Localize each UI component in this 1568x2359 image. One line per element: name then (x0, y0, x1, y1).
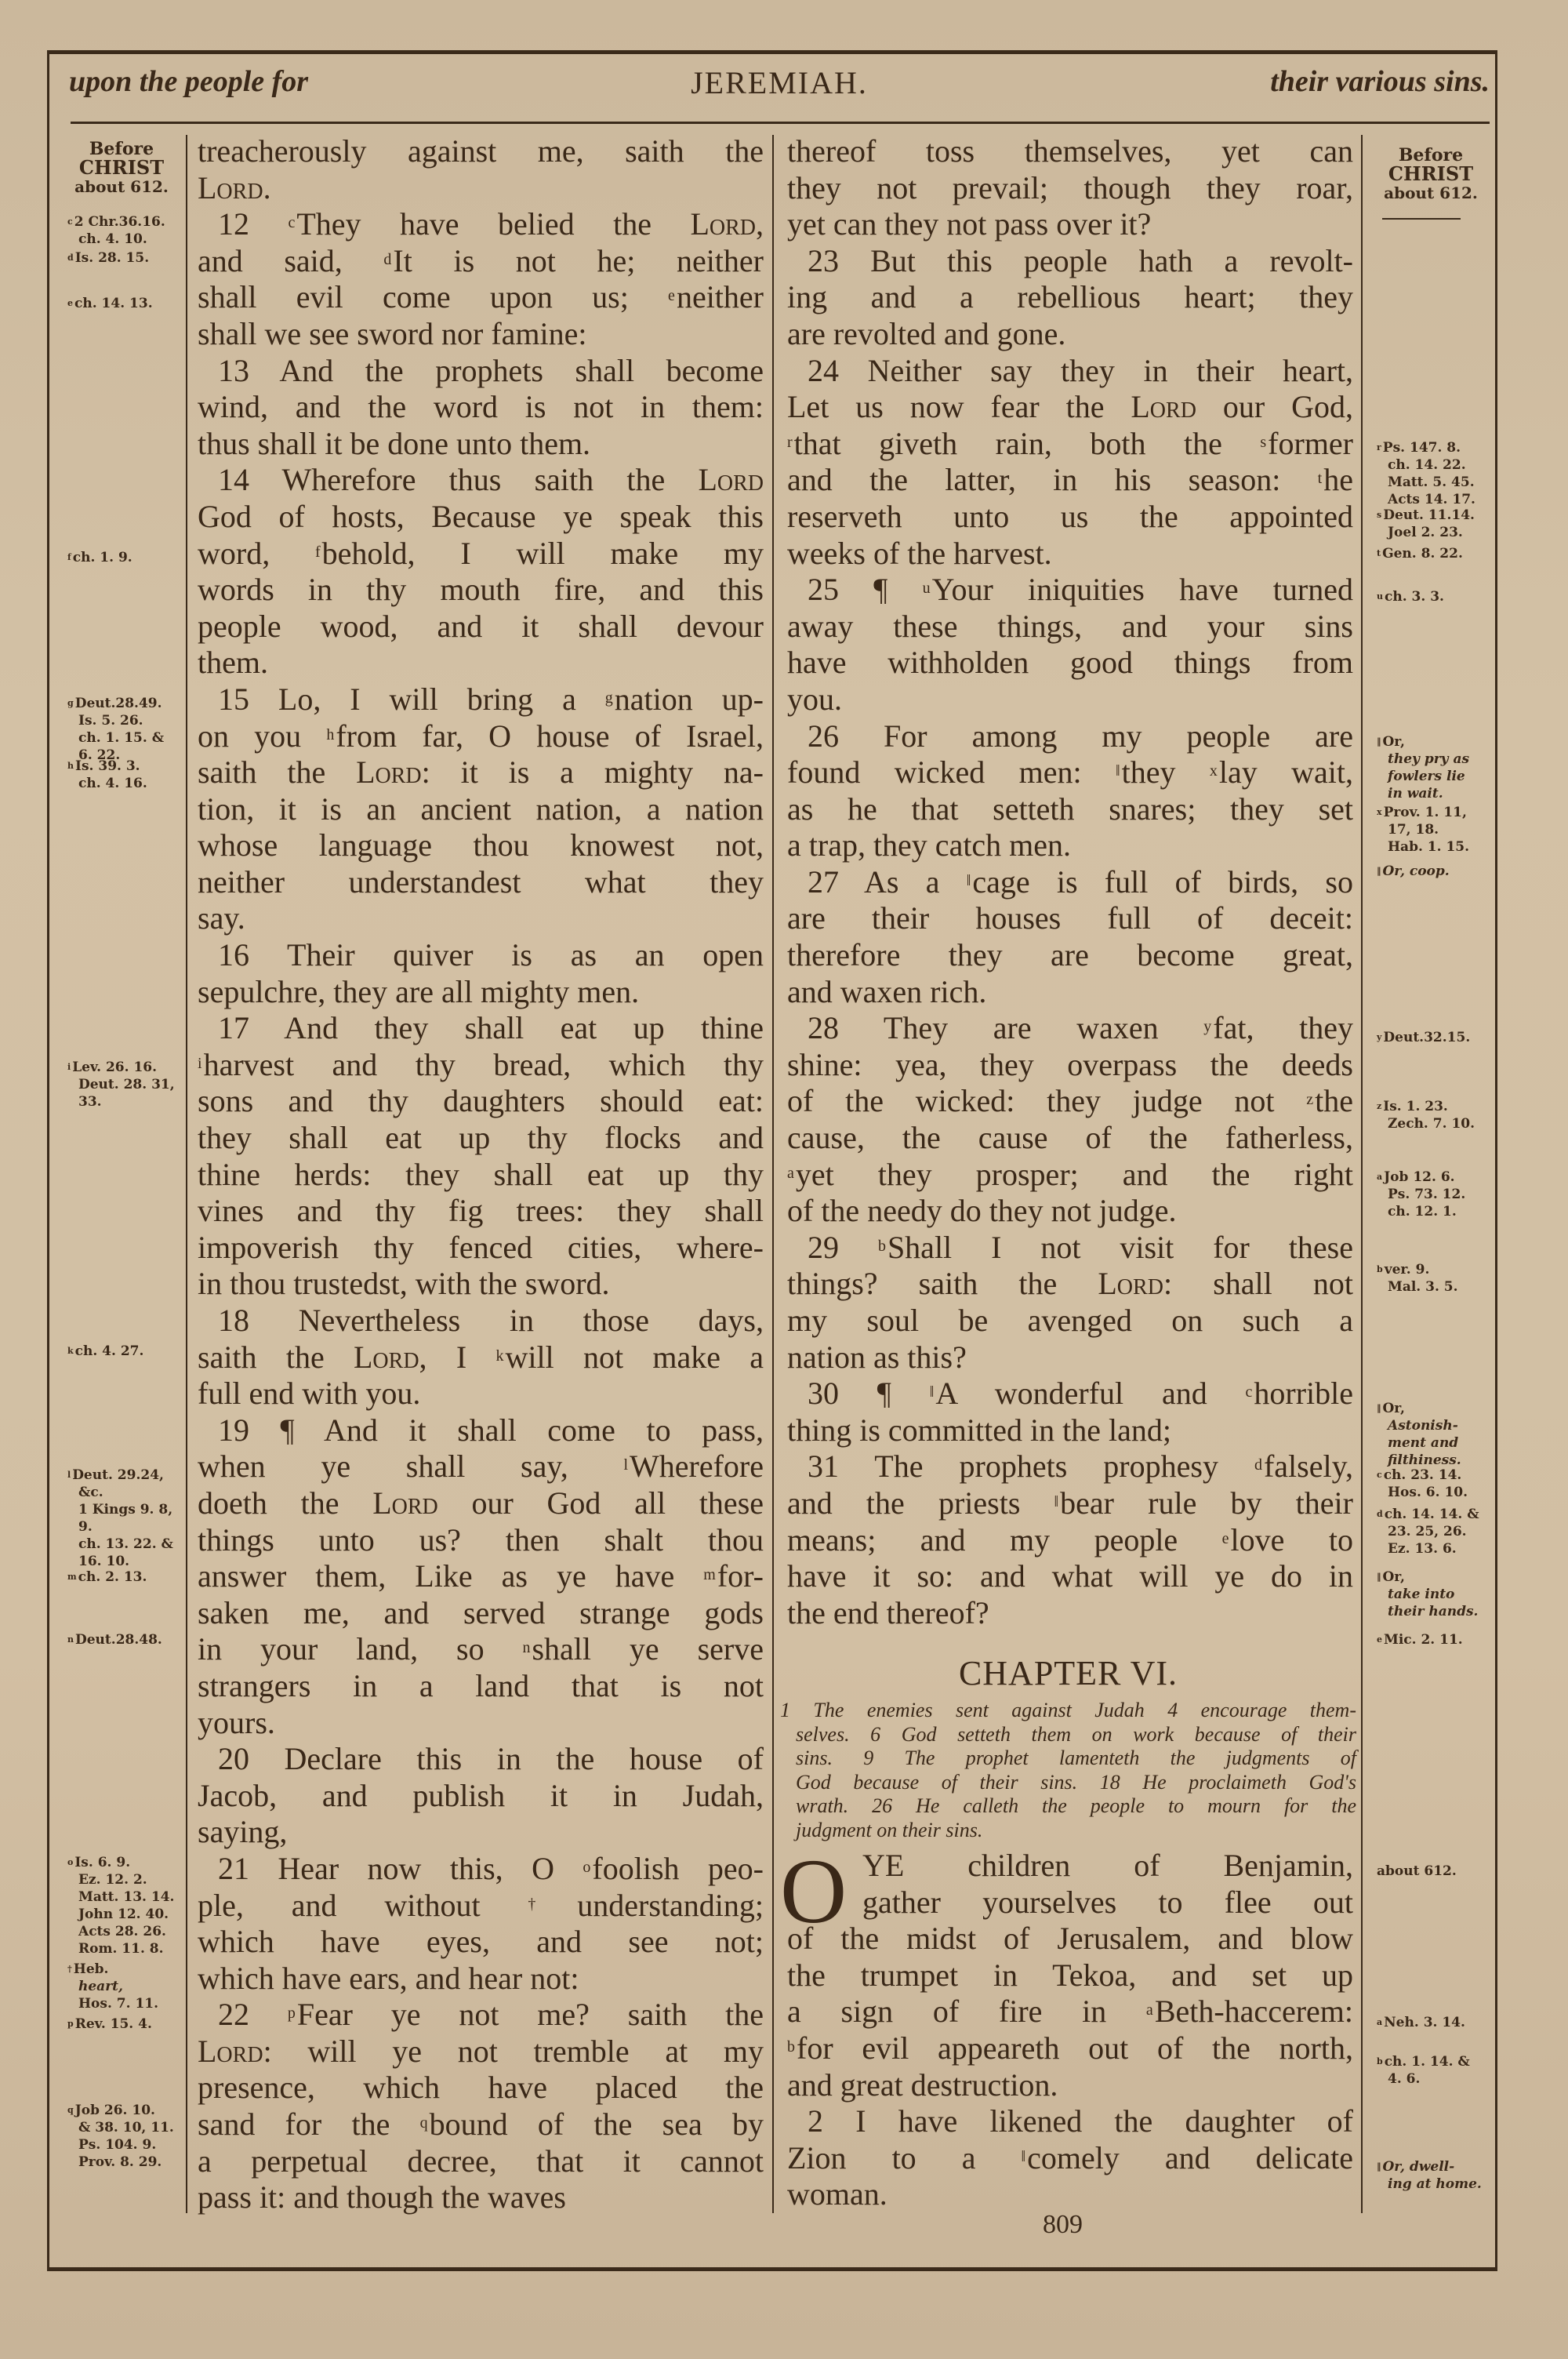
margin-reference: eMic. 2. 11. (1377, 1631, 1494, 1648)
text-line: in your land, so nshall ye serve (198, 1631, 764, 1668)
text-line: which have eyes, and see not; (198, 1924, 764, 1961)
text-line: shine: yea, they overpass the deeds (787, 1047, 1353, 1084)
reference-mark: c (1377, 1470, 1382, 1480)
cross-reference-mark: u (923, 580, 931, 597)
margin-reference: lDeut. 29.24,&c.1 Kings 9. 8,9.ch. 13. 2… (67, 1467, 185, 1570)
cross-reference-mark: d (383, 251, 391, 268)
text-line: ple, and without †understanding; (198, 1888, 764, 1925)
text-line: God of hosts, Because ye speak this (198, 499, 764, 536)
cross-reference-mark: a (787, 1165, 794, 1182)
reference-mark: ‖ (1377, 736, 1381, 747)
text-line: are revolted and gone. (787, 316, 1353, 353)
text-line: rthat giveth rain, both the sformer (787, 426, 1353, 463)
text-line: shall evil come upon us; eneither (198, 279, 764, 316)
cross-reference-mark: ‖ (1021, 2148, 1025, 2165)
text-line: word, fbehold, I will make my (198, 536, 764, 572)
margin-reference: c2 Chr.36.16.ch. 4. 10. (67, 213, 185, 248)
reference-mark: s (1377, 510, 1381, 520)
text-line: shall we see sword nor famine: (198, 316, 764, 353)
divine-name: Lord (1098, 1266, 1163, 1301)
text-line: and waxen rich. (787, 974, 1353, 1011)
reference-mark: p (67, 2019, 74, 2029)
reference-mark: x (1377, 807, 1382, 817)
text-line: and said, dIt is not he; neither (198, 243, 764, 280)
text-line: 27 As a ‖cage is full of birds, so (787, 864, 1353, 901)
divine-name: Lord (356, 754, 422, 790)
chapter-verse-2: 2 I have likened the daughter ofZion to … (787, 2103, 1353, 2213)
cross-reference-mark: ‖ (1116, 762, 1120, 780)
text-line: 13 And the prophets shall become (198, 353, 764, 390)
running-header: upon the people for JEREMIAH. their vari… (69, 64, 1490, 111)
cross-reference-mark: ‖ (1054, 1493, 1059, 1510)
cross-reference-mark: f (315, 543, 321, 561)
text-line: 30 ¶ ‖A wonderful and chorrible (787, 1376, 1353, 1412)
cross-reference-mark: h (326, 726, 334, 743)
margin-reference: gDeut.28.49.Is. 5. 26.ch. 1. 15. &6. 22. (67, 695, 185, 764)
text-line: therefore they are become great, (787, 937, 1353, 974)
margin-reference: bver. 9.Mal. 3. 5. (1377, 1261, 1494, 1296)
cross-reference-mark: n (522, 1639, 530, 1656)
text-line: 16 Their quiver is as an open (198, 937, 764, 974)
cross-reference-mark: l (623, 1456, 628, 1474)
text-line: a perpetual decree, that it cannot (198, 2143, 764, 2180)
text-line: Lord: will ye not tremble at my (198, 2034, 764, 2070)
text-line: Zion to a ‖comely and delicate (787, 2140, 1353, 2177)
margin-reference: oIs. 6. 9.Ez. 12. 2.Matt. 13. 14.John 12… (67, 1854, 185, 1957)
margin-reference: zIs. 1. 23.Zech. 7. 10. (1377, 1098, 1494, 1132)
text-line: are their houses full of deceit: (787, 900, 1353, 937)
text-line: of the needy do they not judge. (787, 1193, 1353, 1230)
text-line: pass it: and though the waves (198, 2179, 764, 2216)
reference-mark: l (67, 1470, 71, 1480)
margin-reference: about 612. (1377, 1863, 1494, 1880)
text-line: a sign of fire in aBeth-haccerem: (787, 1994, 1353, 2030)
cross-reference-mark: z (1306, 1091, 1313, 1108)
cross-reference-mark: c (1245, 1383, 1252, 1401)
summary-line: 1 The enemies sent against Judah 4 encou… (780, 1699, 1356, 1723)
reference-mark: g (67, 698, 74, 708)
text-line: 31 The prophets prophesy dfalsely, (787, 1448, 1353, 1485)
text-line: Let us now fear the Lord our God, (787, 389, 1353, 426)
text-line: have it so: and what will ye do in (787, 1558, 1353, 1595)
page-number: 809 (1043, 2210, 1083, 2240)
center-column-divider (772, 135, 774, 2213)
divine-name: Lord (372, 1485, 438, 1521)
margin-reference: aJob 12. 6.Ps. 73. 12.ch. 12. 1. (1377, 1169, 1494, 1220)
reference-mark: u (1377, 591, 1383, 602)
text-line: strangers in a land that is not (198, 1668, 764, 1705)
text-line: and the latter, in his season: the (787, 462, 1353, 499)
text-line: Jacob, and publish it in Judah, (198, 1778, 764, 1815)
margin-reference: cch. 23. 14.Hos. 6. 10. (1377, 1467, 1494, 1501)
margin-reference: aNeh. 3. 14. (1377, 2014, 1494, 2031)
text-line: people wood, and it shall devour (198, 609, 764, 645)
margin-reference: rPs. 147. 8.ch. 14. 22.Matt. 5. 45.Acts … (1377, 439, 1494, 508)
text-line: impoverish thy fenced cities, where- (198, 1230, 764, 1267)
text-line: doeth the Lord our God all these (198, 1485, 764, 1522)
text-line: ing and a rebellious heart; they (787, 279, 1353, 316)
text-line: away these things, and your sins (787, 609, 1353, 645)
text-line: 23 But this people hath a revolt- (787, 243, 1353, 280)
text-line: 17 And they shall eat up thine (198, 1010, 764, 1047)
text-line: 2 I have likened the daughter of (787, 2103, 1353, 2140)
chapter-summary: 1 The enemies sent against Judah 4 encou… (780, 1699, 1356, 1842)
text-line: 19 ¶ And it shall come to pass, (198, 1412, 764, 1449)
reference-mark: y (1377, 1032, 1381, 1042)
text-line: you. (787, 682, 1353, 718)
text-line: thereof toss themselves, yet can (787, 133, 1353, 170)
margin-reference: ‖Or,take intotheir hands. (1377, 1568, 1494, 1620)
reference-mark: r (1377, 442, 1381, 453)
text-line: vines and thy fig trees: they shall (198, 1193, 764, 1230)
text-line: gather yourselves to flee out (787, 1885, 1353, 1921)
reference-mark: f (67, 552, 71, 562)
margin-reference: ‖Or, coop. (1377, 863, 1494, 880)
text-line: weeks of the harvest. (787, 536, 1353, 572)
margin-reference: ‖Or,they pry asfowlers liein wait. (1377, 733, 1494, 802)
text-line: 29 bShall I not visit for these (787, 1230, 1353, 1267)
summary-line: selves. 6 God setteth them on work becau… (780, 1723, 1356, 1747)
reference-mark: d (1377, 1509, 1383, 1519)
text-line: presence, which have placed the (198, 2070, 764, 2106)
reference-mark: i (67, 1062, 71, 1072)
text-line: cause, the cause of the fatherless, (787, 1120, 1353, 1157)
divine-name: Lord (198, 170, 263, 205)
text-line: neither understandest what they (198, 864, 764, 901)
margin-reference: mch. 2. 13. (67, 1568, 185, 1586)
reference-mark: n (67, 1634, 74, 1645)
text-line: saith the Lord: it is a mighty na- (198, 754, 764, 791)
margin-reference: dIs. 28. 15. (67, 249, 185, 267)
text-line: found wicked men: ‖they xlay wait, (787, 754, 1353, 791)
text-line: as he that setteth snares; they set (787, 791, 1353, 828)
text-line: things unto us? then shalt thou (198, 1522, 764, 1559)
cross-reference-mark: d (1254, 1456, 1262, 1474)
divine-name: Lord (698, 462, 764, 497)
reference-mark: m (67, 1572, 77, 1582)
text-line: treacherously against me, saith the (198, 133, 764, 170)
text-line: 28 They are waxen yfat, they (787, 1010, 1353, 1047)
reference-mark: a (1377, 1172, 1382, 1182)
margin-reference: †Heb.heart,Hos. 7. 11. (67, 1961, 185, 2012)
summary-line: wrath. 26 He calleth the people to mourn… (780, 1794, 1356, 1819)
margin-reference: dch. 14. 14. &23. 25, 26.Ez. 13. 6. (1377, 1506, 1494, 1558)
reference-mark: ‖ (1377, 1572, 1381, 1582)
reference-mark: q (67, 2105, 74, 2115)
margin-reference: iLev. 26. 16.Deut. 28. 31,33. (67, 1059, 185, 1110)
text-line: in thou trustedst, with the sword. (198, 1266, 764, 1303)
reference-mark: o (67, 1857, 73, 1867)
text-line: full end with you. (198, 1376, 764, 1412)
text-line: YE children of Benjamin, (787, 1848, 1353, 1885)
text-line: 14 Wherefore thus saith the Lord (198, 462, 764, 499)
text-line: Lord. (198, 170, 764, 207)
margin-reference: yDeut.32.15. (1377, 1029, 1494, 1046)
summary-line: sins. 9 The prophet lamenteth the judgme… (780, 1747, 1356, 1771)
text-line: my soul be avenged on such a (787, 1303, 1353, 1339)
header-rule (71, 122, 1490, 124)
text-line: 22 pFear ye not me? saith the (198, 1997, 764, 2034)
text-line: 24 Neither say they in their heart, (787, 353, 1353, 390)
text-line: 18 Nevertheless in those days, (198, 1303, 764, 1339)
text-line: 12 cThey have belied the Lord, (198, 206, 764, 243)
cross-reference-mark: y (1203, 1018, 1211, 1035)
cross-reference-mark: p (288, 2005, 296, 2022)
text-line: thing is committed in the land; (787, 1412, 1353, 1449)
cross-reference-mark: e (668, 287, 675, 304)
margin-reference: xProv. 1. 11,17, 18.Hab. 1. 15. (1377, 804, 1494, 856)
text-line: and the priests ‖bear rule by their (787, 1485, 1353, 1522)
cross-reference-mark: m (703, 1566, 716, 1583)
cross-reference-mark: k (495, 1347, 503, 1365)
reference-mark: b (1377, 2056, 1383, 2066)
text-line: have withholden good things from (787, 645, 1353, 682)
right-text-column: thereof toss themselves, yet canthey not… (787, 133, 1353, 1631)
text-line: sand for the qbound of the sea by (198, 2106, 764, 2143)
margin-reference: fch. 1. 9. (67, 549, 185, 566)
text-line: 20 Declare this in the house of (198, 1741, 764, 1778)
left-margin-divider (186, 135, 187, 2213)
text-line: they shall eat up thy flocks and (198, 1120, 764, 1157)
text-line: words in thy mouth fire, and this (198, 572, 764, 609)
cross-reference-mark: q (420, 2114, 428, 2132)
reference-mark: † (67, 1964, 72, 1974)
text-line: sepulchre, they are all mighty men. (198, 974, 764, 1011)
text-line: ayet they prosper; and the right (787, 1157, 1353, 1194)
text-line: bfor evil appeareth out of the north, (787, 2030, 1353, 2067)
margin-reference: ‖Or, dwell-ing at home. (1377, 2158, 1494, 2193)
reference-mark: z (1377, 1101, 1381, 1111)
summary-line: judgment on their sins. (780, 1819, 1356, 1843)
cross-reference-mark: x (1210, 762, 1218, 780)
cross-reference-mark: b (787, 2038, 795, 2055)
reference-mark: c (67, 216, 73, 227)
text-line: on you hfrom far, O house of Israel, (198, 718, 764, 755)
text-line: 26 For among my people are (787, 718, 1353, 755)
divine-name: Lord (198, 2034, 263, 2069)
text-line: when ye shall say, lWherefore (198, 1448, 764, 1485)
margin-reference: ‖Or,Astonish-ment andfilthiness. (1377, 1400, 1494, 1469)
text-line: thine herds: they shall eat up thy (198, 1157, 764, 1194)
text-line: saken me, and served strange gods (198, 1595, 764, 1632)
cross-reference-mark: ‖ (930, 1383, 935, 1401)
text-line: of the midst of Jerusalem, and blow (787, 1921, 1353, 1957)
text-line: woman. (787, 2176, 1353, 2213)
text-line: yours. (198, 1705, 764, 1742)
text-line: nation as this? (787, 1339, 1353, 1376)
reference-mark: ‖ (1377, 2161, 1381, 2172)
right-margin-divider (1361, 135, 1363, 2213)
text-line: whose language thou knowest not, (198, 827, 764, 864)
text-line: tion, it is an ancient nation, a nation (198, 791, 764, 828)
divine-name: Lord (1131, 389, 1196, 424)
text-line: sons and thy daughters should eat: (198, 1083, 764, 1120)
cross-reference-mark: o (583, 1859, 590, 1876)
margin-reference: qJob 26. 10.& 38. 10, 11.Ps. 104. 9.Prov… (67, 2102, 185, 2171)
cross-reference-mark: † (528, 1896, 575, 1913)
cross-reference-mark: t (1318, 470, 1323, 487)
reference-mark: d (67, 253, 74, 263)
text-line: iharvest and thy bread, which thy (198, 1047, 764, 1084)
text-line: 25 ¶ uYour iniquities have turned (787, 572, 1353, 609)
margin-reference: hIs. 39. 3.ch. 4. 16. (67, 758, 185, 792)
summary-line: God because of their sins. 18 He proclai… (780, 1771, 1356, 1795)
text-line: and great destruction. (787, 2067, 1353, 2104)
text-line: them. (198, 645, 764, 682)
cross-reference-mark: ‖ (967, 872, 971, 889)
text-line: answer them, Like as ye have mfor- (198, 1558, 764, 1595)
reference-mark: ‖ (1377, 1403, 1381, 1413)
text-line: the end thereof? (787, 1595, 1353, 1632)
divine-name: Lord (354, 1339, 419, 1375)
reference-mark: t (1377, 548, 1381, 558)
margin-reference: sDeut. 11.14.Joel 2. 23. (1377, 507, 1494, 541)
text-line: means; and my people elove to (787, 1522, 1353, 1559)
text-line: 15 Lo, I will bring a gnation up- (198, 682, 764, 718)
text-line: thus shall it be done unto them. (198, 426, 764, 463)
reference-mark: k (67, 1346, 74, 1356)
margin-reference: nDeut.28.48. (67, 1631, 185, 1648)
cross-reference-mark: b (878, 1238, 886, 1255)
text-line: say. (198, 900, 764, 937)
left-text-column: treacherously against me, saith theLord.… (198, 133, 764, 2216)
text-line: which have ears, and hear not: (198, 1961, 764, 1997)
margin-reference: tGen. 8. 22. (1377, 545, 1494, 562)
reference-mark: e (67, 298, 73, 308)
cross-reference-mark: s (1260, 434, 1266, 451)
chapter-heading: CHAPTER VI. (776, 1653, 1360, 1693)
cross-reference-mark: e (1222, 1530, 1229, 1547)
text-line: saying, (198, 1814, 764, 1851)
text-line: yet can they not pass over it? (787, 206, 1353, 243)
text-line: things? saith the Lord: shall not (787, 1266, 1353, 1303)
reference-mark: ‖ (1377, 866, 1381, 876)
text-line: of the wicked: they judge not zthe (787, 1083, 1353, 1120)
text-line: 21 Hear now this, O ofoolish peo- (198, 1851, 764, 1888)
text-line: a trap, they catch men. (787, 827, 1353, 864)
text-line: wind, and the word is not in them: (198, 389, 764, 426)
divine-name: Lord (690, 206, 756, 242)
text-line: the trumpet in Tekoa, and set up (787, 1957, 1353, 1994)
left-margin-references: c2 Chr.36.16.ch. 4. 10.dIs. 28. 15.ech. … (67, 0, 185, 2359)
margin-reference: uch. 3. 3. (1377, 588, 1494, 605)
margin-reference: ech. 14. 13. (67, 295, 185, 312)
cross-reference-mark: a (1146, 2001, 1153, 2019)
text-line: reserveth unto us the appointed (787, 499, 1353, 536)
reference-mark: h (67, 761, 74, 771)
chapter-verse-1: YE children of Benjamin,gather yourselve… (787, 1848, 1353, 2103)
margin-reference: kch. 4. 27. (67, 1343, 185, 1360)
cross-reference-mark: i (198, 1055, 202, 1072)
cross-reference-mark: r (787, 434, 793, 451)
reference-mark: b (1377, 1264, 1383, 1274)
right-margin-references: rPs. 147. 8.ch. 14. 22.Matt. 5. 45.Acts … (1377, 0, 1494, 2359)
margin-reference: bch. 1. 14. &4. 6. (1377, 2053, 1494, 2088)
cross-reference-mark: c (288, 214, 295, 231)
cross-reference-mark: g (605, 689, 613, 707)
margin-reference: pRev. 15. 4. (67, 2016, 185, 2033)
text-line: they not prevail; though they roar, (787, 170, 1353, 207)
reference-mark: e (1377, 1634, 1382, 1645)
reference-mark: a (1377, 2017, 1382, 2027)
text-line: saith the Lord, I kwill not make a (198, 1339, 764, 1376)
